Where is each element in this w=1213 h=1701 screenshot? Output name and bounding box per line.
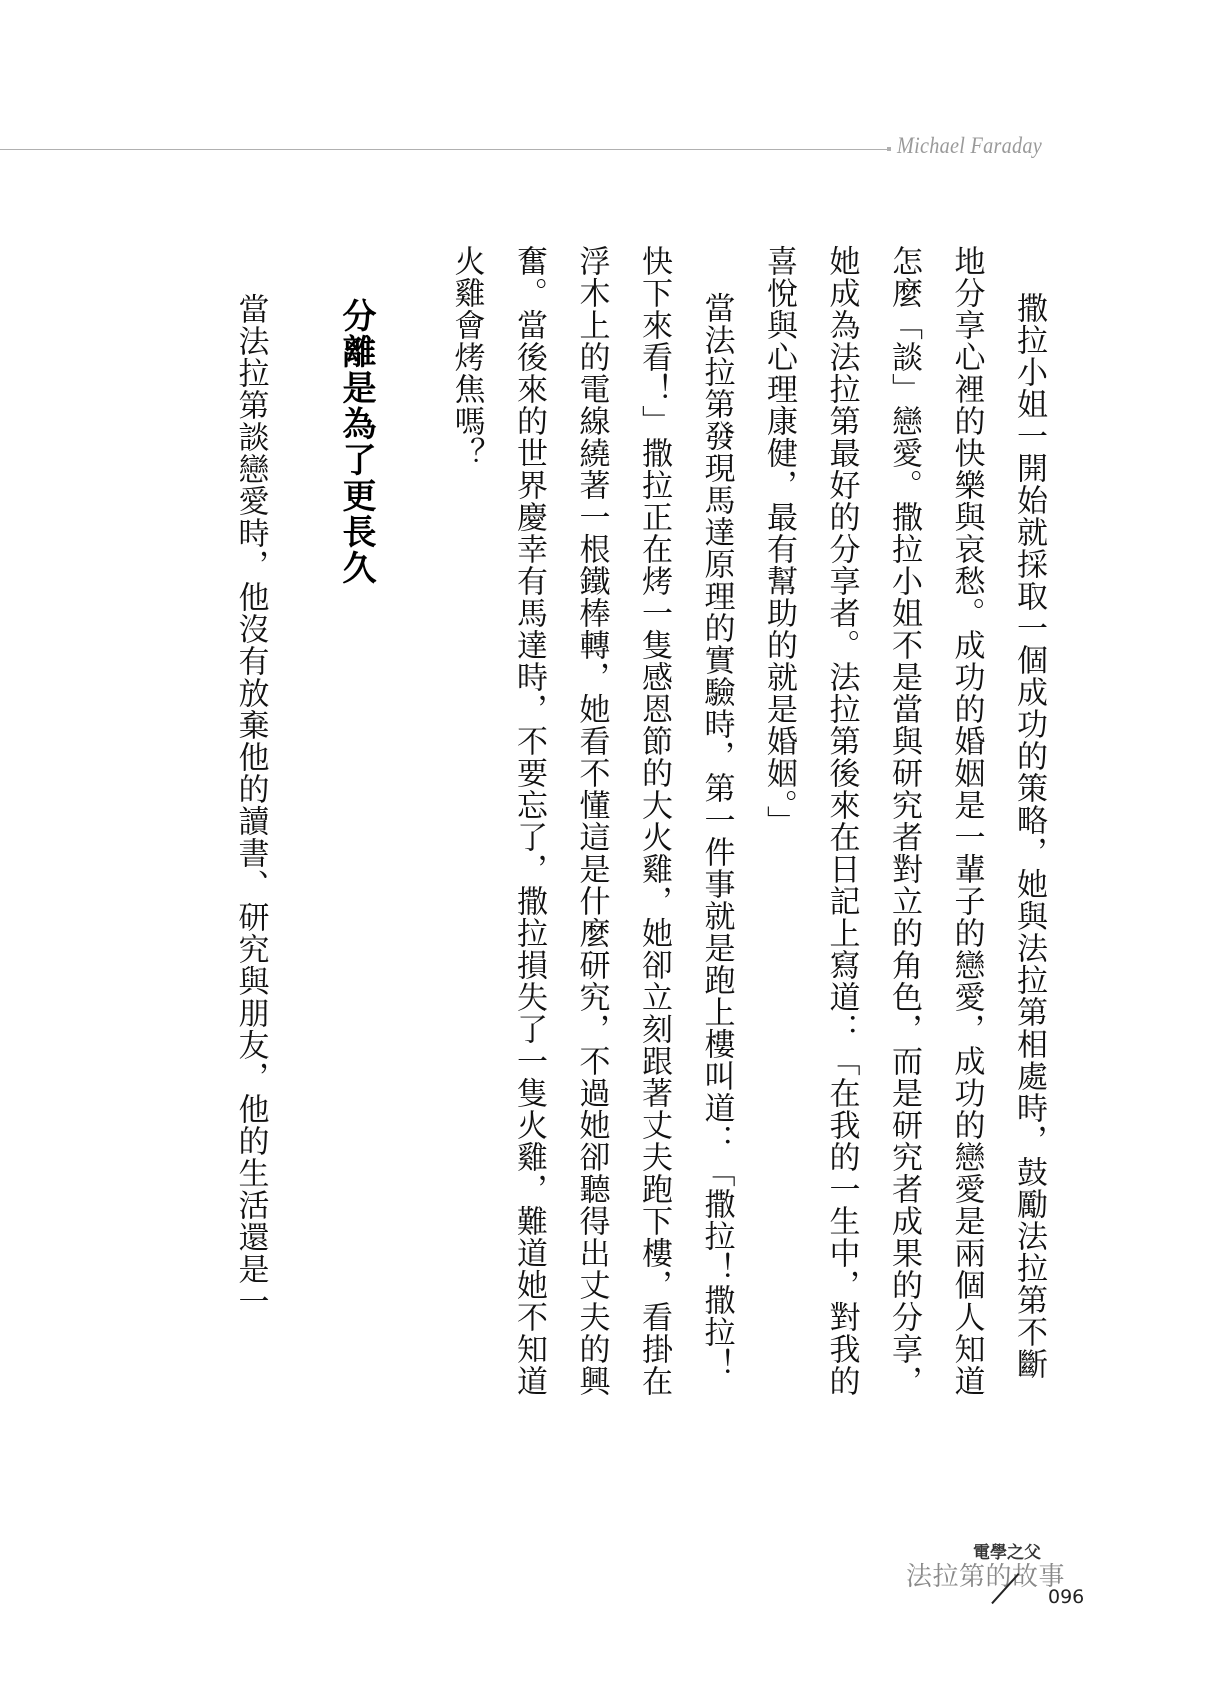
- paragraph: 撒拉小姐一開始就採取一個成功的策略，她與法拉第相處時，鼓勵法拉第不斷地分享心裡的…: [748, 245, 1061, 1405]
- paragraph: 當法拉第談戀愛時，他沒有放棄他的讀書、研究與朋友，他的生活還是一: [219, 293, 282, 1403]
- section-body-text: 當法拉第談戀愛時，他沒有放棄他的讀書、研究與朋友，他的生活還是一: [219, 293, 282, 1403]
- page-number: 096: [1048, 1586, 1084, 1608]
- section-heading: 分離是為了更長久: [332, 298, 381, 586]
- running-head: Michael Faraday: [897, 133, 1042, 159]
- folio-book-title: 法拉第的故事: [906, 1556, 1065, 1593]
- paragraph: 當法拉第發現馬達原理的實驗時，第一件事就是跑上樓叫道：「撒拉！撒拉！快下來看！」…: [435, 245, 748, 1405]
- body-text: 撒拉小姐一開始就採取一個成功的策略，她與法拉第相處時，鼓勵法拉第不斷地分享心裡的…: [435, 245, 1060, 1405]
- header-rule: [0, 149, 890, 150]
- header-rule-end-marker: [887, 147, 891, 151]
